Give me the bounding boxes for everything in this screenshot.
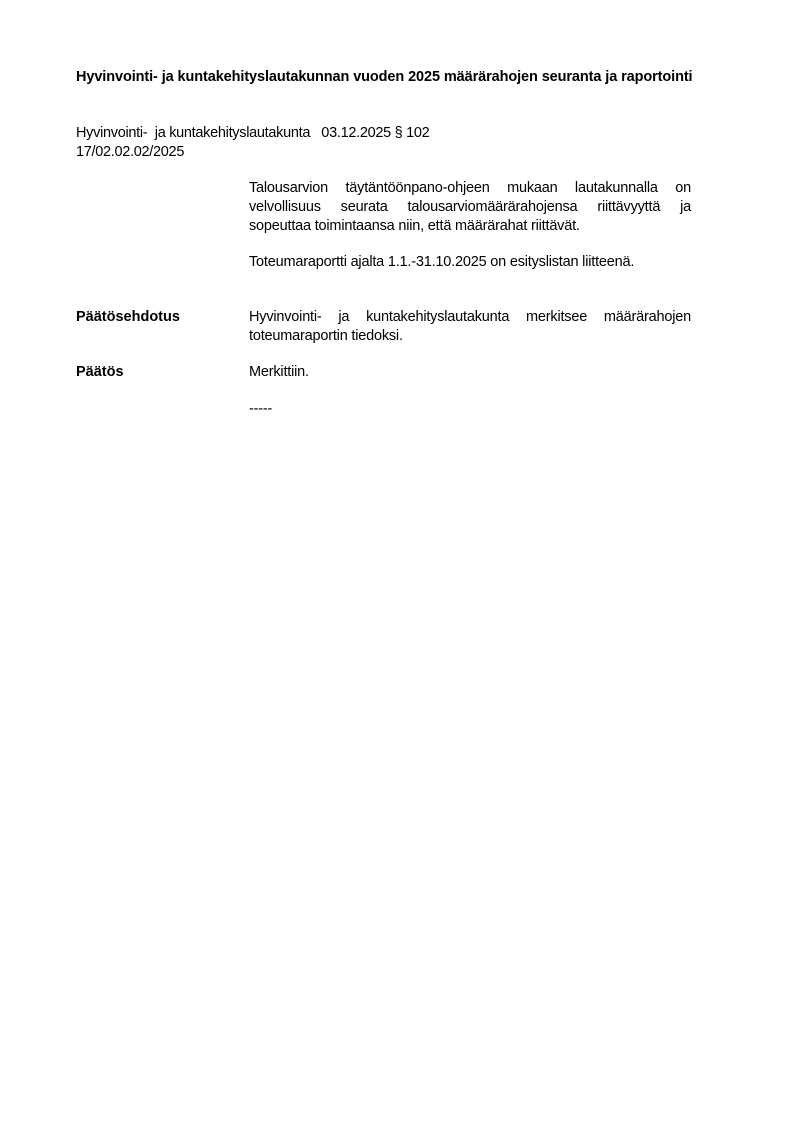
record-number: 17/02.02.02/2025	[76, 143, 429, 162]
document-page: Hyvinvointi- ja kuntakehityslautakunnan …	[0, 0, 794, 1122]
attachment-paragraph: Toteumaraportti ajalta 1.1.-31.10.2025 o…	[249, 253, 691, 272]
proposal-label: Päätösehdotus	[76, 308, 180, 327]
decision-label: Päätös	[76, 363, 124, 382]
decision-text: Merkittiin.	[249, 363, 691, 382]
background-paragraph: Talousarvion täytäntöönpano-ohjeen mukaa…	[249, 179, 691, 236]
proposal-text: Hyvinvointi- ja kuntakehityslautakunta m…	[249, 308, 691, 346]
end-separator: -----	[249, 400, 691, 419]
document-title: Hyvinvointi- ja kuntakehityslautakunnan …	[76, 68, 716, 87]
meeting-info: Hyvinvointi- ja kuntakehityslautakunta 0…	[76, 124, 429, 143]
meeting-meta: Hyvinvointi- ja kuntakehityslautakunta 0…	[76, 124, 429, 162]
